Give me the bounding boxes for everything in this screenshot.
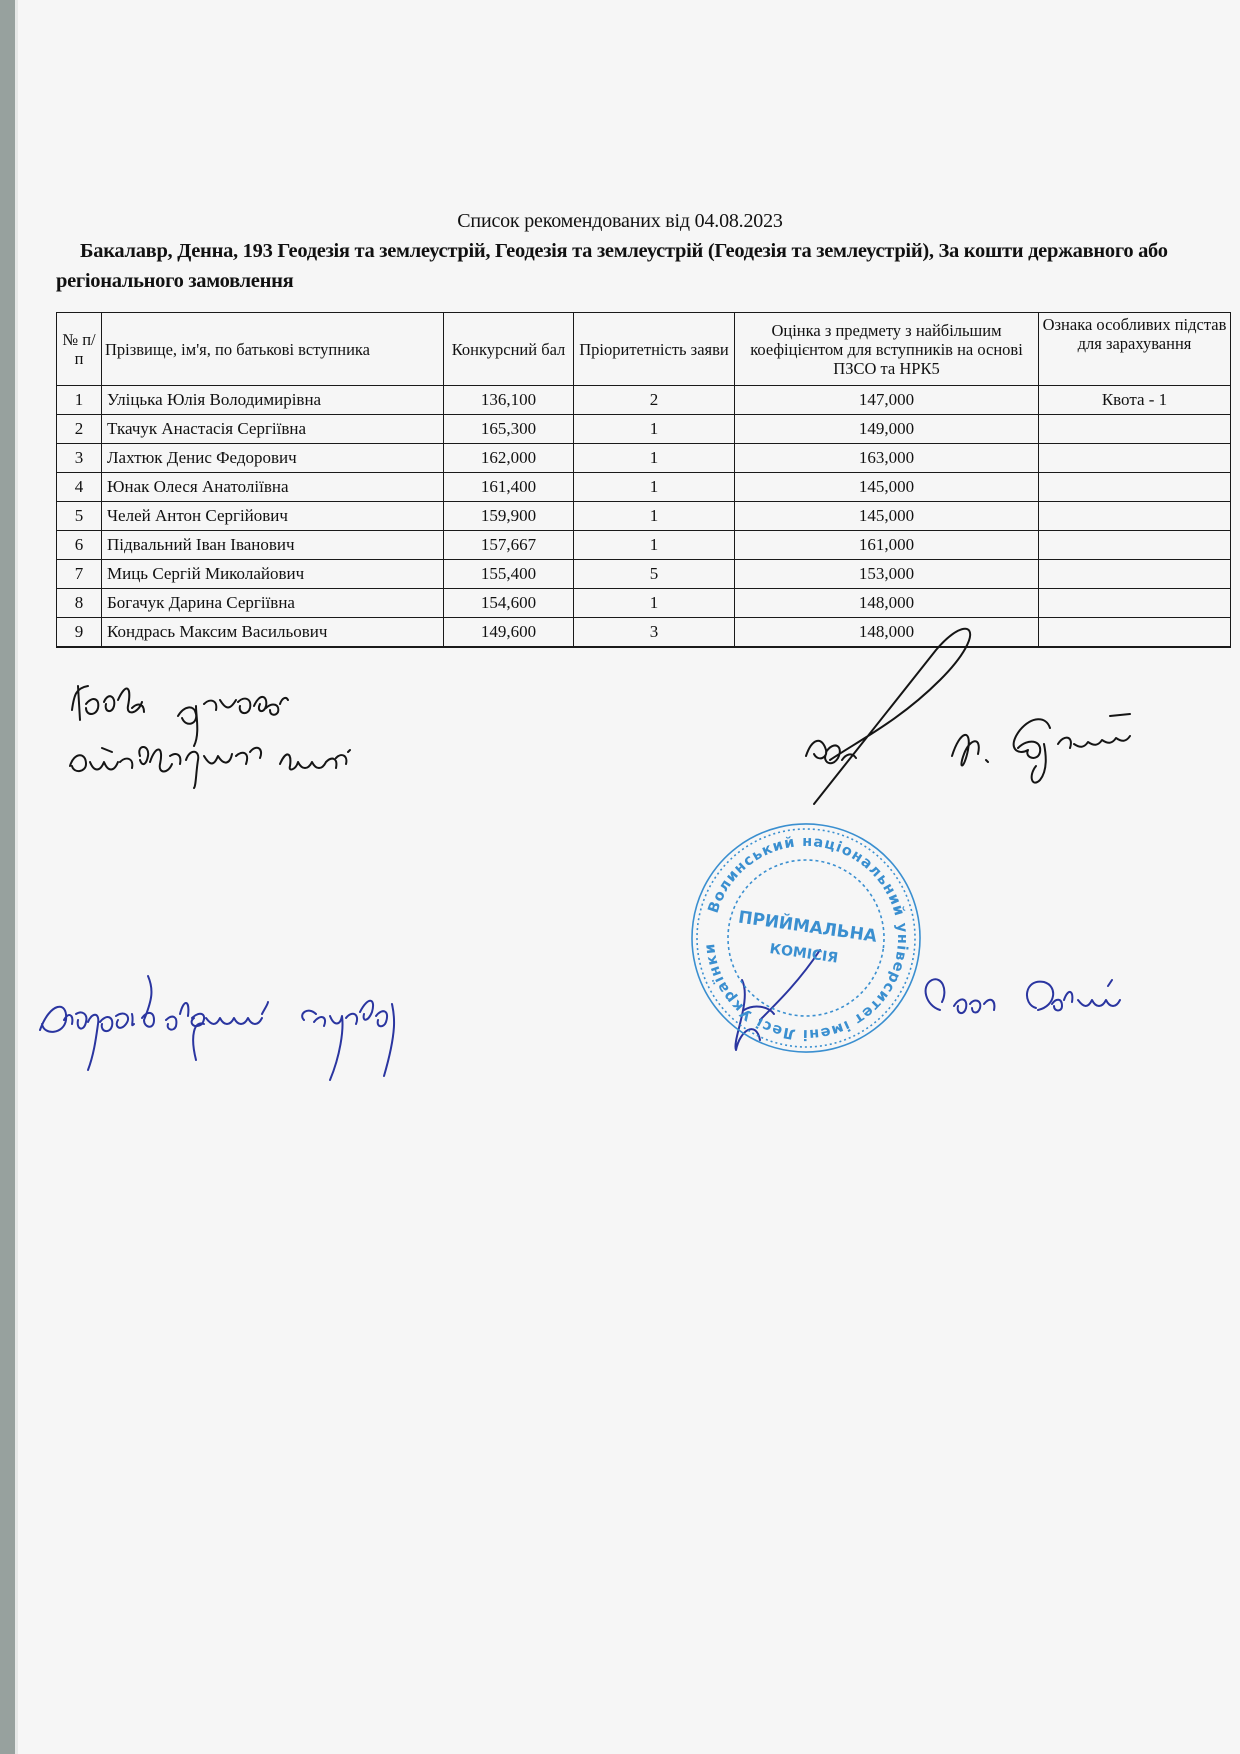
cell-number: 8 — [57, 589, 102, 618]
cell-subject-score: 147,000 — [735, 386, 1039, 415]
table-row: 5Челей Антон Сергійович159,9001145,000 — [57, 502, 1231, 531]
cell-number: 1 — [57, 386, 102, 415]
cell-score: 136,100 — [444, 386, 574, 415]
cell-special — [1039, 618, 1231, 648]
table-row: 2Ткачук Анастасія Сергіївна165,3001149,0… — [57, 415, 1231, 444]
table-row: 1Уліцька Юлія Володимирівна136,1002147,0… — [57, 386, 1231, 415]
cell-number: 6 — [57, 531, 102, 560]
cell-score: 149,600 — [444, 618, 574, 648]
cell-priority: 3 — [574, 618, 735, 648]
table-row: 9Кондрась Максим Васильович149,6003148,0… — [57, 618, 1231, 648]
secretary-title-handwriting — [40, 976, 268, 1070]
cell-priority: 1 — [574, 502, 735, 531]
cell-priority: 1 — [574, 473, 735, 502]
table-row: 3Лахтюк Денис Федорович162,0001163,000 — [57, 444, 1231, 473]
svg-text:Волинський національний універ: Волинський національний університет імен… — [689, 821, 923, 1056]
table-row: 6Підвальний Іван Іванович157,6671161,000 — [57, 531, 1231, 560]
cell-number: 9 — [57, 618, 102, 648]
cell-subject-score: 163,000 — [735, 444, 1039, 473]
cell-special — [1039, 531, 1231, 560]
cell-special — [1039, 589, 1231, 618]
chair-name-handwriting — [952, 714, 1130, 783]
secretary-name-handwriting — [926, 979, 1120, 1013]
header-score: Конкурсний бал — [444, 313, 574, 386]
cell-special — [1039, 415, 1231, 444]
svg-text:КОМІСІЯ: КОМІСІЯ — [769, 941, 839, 966]
document-title: Список рекомендованих від 04.08.2023 — [0, 210, 1240, 233]
cell-priority: 2 — [574, 386, 735, 415]
cell-name: Уліцька Юлія Володимирівна — [102, 386, 444, 415]
header-subject-score: Оцінка з предмету з найбільшим коефіцієн… — [735, 313, 1039, 386]
cell-special: Квота - 1 — [1039, 386, 1231, 415]
table-row: 8Богачук Дарина Сергіївна154,6001148,000 — [57, 589, 1231, 618]
cell-subject-score: 149,000 — [735, 415, 1039, 444]
cell-priority: 1 — [574, 444, 735, 473]
cell-subject-score: 148,000 — [735, 618, 1039, 648]
cell-number: 3 — [57, 444, 102, 473]
header-name: Прізвище, ім'я, по батькові вступника — [102, 313, 444, 386]
cell-number: 5 — [57, 502, 102, 531]
cell-special — [1039, 444, 1231, 473]
cell-name: Миць Сергій Миколайович — [102, 560, 444, 589]
recommended-list-table: № п/п Прізвище, ім'я, по батькові вступн… — [56, 312, 1231, 648]
cell-score: 157,667 — [444, 531, 574, 560]
cell-number: 7 — [57, 560, 102, 589]
cell-score: 155,400 — [444, 560, 574, 589]
cell-special — [1039, 473, 1231, 502]
cell-subject-score: 148,000 — [735, 589, 1039, 618]
cell-name: Ткачук Анастасія Сергіївна — [102, 415, 444, 444]
chair-signature — [806, 629, 970, 804]
admission-committee-stamp: Волинський національний університет імен… — [670, 802, 941, 1073]
cell-number: 4 — [57, 473, 102, 502]
cell-subject-score: 145,000 — [735, 502, 1039, 531]
header-priority: Пріоритетність заяви — [574, 313, 735, 386]
cell-score: 159,900 — [444, 502, 574, 531]
cell-name: Лахтюк Денис Федорович — [102, 444, 444, 473]
cell-name: Кондрась Максим Васильович — [102, 618, 444, 648]
cell-name: Челей Антон Сергійович — [102, 502, 444, 531]
cell-score: 165,300 — [444, 415, 574, 444]
cell-priority: 5 — [574, 560, 735, 589]
table-row: 4Юнак Олеся Анатоліївна161,4001145,000 — [57, 473, 1231, 502]
table-header-row: № п/п Прізвище, ім'я, по батькові вступн… — [57, 313, 1231, 386]
header-number: № п/п — [57, 313, 102, 386]
cell-subject-score: 153,000 — [735, 560, 1039, 589]
cell-subject-score: 161,000 — [735, 531, 1039, 560]
cell-priority: 1 — [574, 531, 735, 560]
cell-name: Юнак Олеся Анатоліївна — [102, 473, 444, 502]
cell-special — [1039, 560, 1231, 589]
cell-number: 2 — [57, 415, 102, 444]
cell-score: 161,400 — [444, 473, 574, 502]
cell-special — [1039, 502, 1231, 531]
cell-score: 162,000 — [444, 444, 574, 473]
cell-name: Підвальний Іван Іванович — [102, 531, 444, 560]
chair-title-handwriting — [72, 686, 144, 720]
cell-subject-score: 145,000 — [735, 473, 1039, 502]
table-row: 7Миць Сергій Миколайович155,4005153,000 — [57, 560, 1231, 589]
cell-priority: 1 — [574, 415, 735, 444]
cell-score: 154,600 — [444, 589, 574, 618]
document-subtitle: Бакалавр, Денна, 193 Геодезія та землеус… — [56, 236, 1196, 296]
cell-name: Богачук Дарина Сергіївна — [102, 589, 444, 618]
svg-text:ПРИЙМАЛЬНА: ПРИЙМАЛЬНА — [737, 906, 879, 947]
scan-edge — [0, 0, 15, 1754]
header-special: Ознака особливих підстав для зарахування — [1039, 313, 1231, 386]
cell-priority: 1 — [574, 589, 735, 618]
